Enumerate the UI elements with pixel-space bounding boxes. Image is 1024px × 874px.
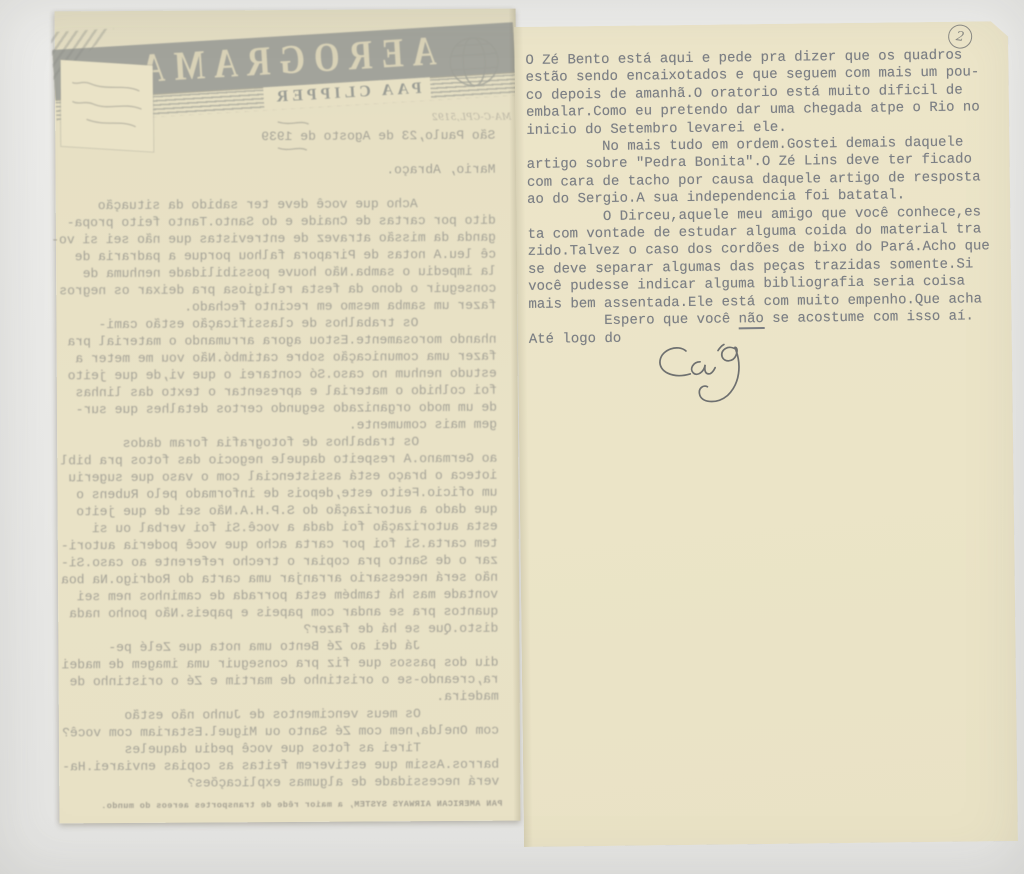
page-number-badge: 2 — [947, 23, 974, 50]
catalog-code: MA-C-CPL,5192 — [431, 113, 511, 123]
signature-autograph — [648, 340, 769, 416]
scan-surface: AEROGRAMA PAA CLIPPER — [0, 0, 1024, 874]
typed-letter-text: O Zé Bento está aqui e pede pra dizer qu… — [525, 47, 991, 349]
verso-typed-text: São Paulo,23 de Agosto de 1939 Mario, Ab… — [59, 127, 499, 793]
letter-sheet-page-2: 2 O Zé Bento está aqui e pede pra dizer … — [514, 21, 1018, 847]
pan-am-globe-icon — [443, 31, 504, 92]
nao-underline — [739, 327, 765, 329]
page-number: 2 — [955, 29, 965, 45]
aerogramme-verso-sheet: AEROGRAMA PAA CLIPPER — [55, 9, 521, 824]
showthrough-layer: AEROGRAMA PAA CLIPPER — [55, 9, 521, 824]
airline-footer-imprint: PAN AMERICAN AIRWAYS SYSTEM, a maior rêd… — [72, 799, 502, 812]
